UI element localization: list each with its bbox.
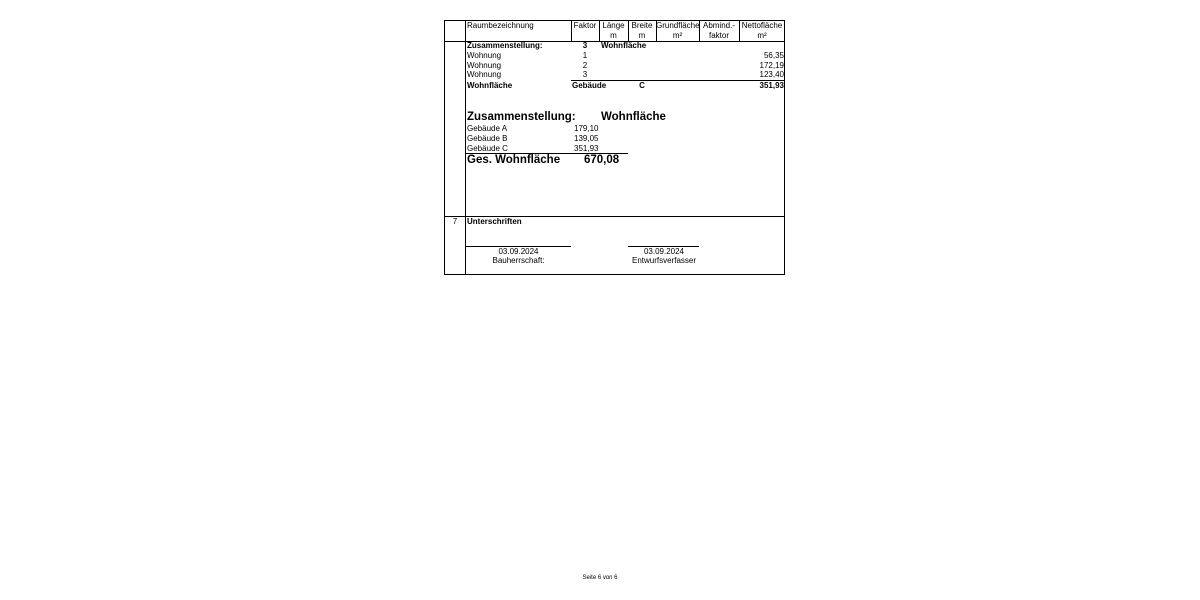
header-abmind-faktor: Abmind.-faktor [699, 21, 739, 40]
list-item-faktor: 1 [571, 51, 599, 61]
header-faktor: Faktor [571, 21, 599, 31]
subtotal-building-label: Gebäude [572, 81, 606, 91]
list-item-faktor: 3 [571, 70, 599, 80]
summary-count: 3 [571, 41, 599, 51]
overall-title: Zusammenstellung: [467, 111, 576, 123]
building-label: Gebäude B [467, 134, 507, 144]
building-value: 179,10 [574, 124, 598, 134]
subtotal-building: C [628, 81, 656, 91]
overall-total-value: 670,08 [584, 154, 619, 166]
header-laenge: Längem [599, 21, 628, 40]
column-divider [465, 21, 466, 275]
subtotal-value: 351,93 [739, 81, 784, 91]
header-breite: Breitem [628, 21, 656, 40]
list-item-label: Wohnung [467, 51, 501, 61]
summary-category: Wohnfläche [601, 41, 646, 51]
section-number: 7 [445, 217, 465, 227]
page-number: Seite 6 von 6 [0, 575, 1200, 581]
signature-role-left: Bauherrschaft: [466, 256, 571, 266]
list-item-label: Wohnung [467, 70, 501, 80]
building-value: 139,05 [574, 134, 598, 144]
signature-role-right: Entwurfsverfasser [621, 256, 707, 266]
subtotal-label: Wohnfläche [467, 81, 512, 91]
document-table: Raumbezeichnung Faktor Längem Breitem Gr… [444, 20, 785, 275]
overall-total-label: Ges. Wohnfläche [467, 154, 560, 166]
overall-category: Wohnfläche [601, 111, 666, 123]
building-label: Gebäude A [467, 124, 507, 134]
list-item-netto: 56,35 [739, 51, 784, 61]
list-item-netto: 123,40 [739, 70, 784, 80]
header-raumbezeichnung: Raumbezeichnung [467, 21, 534, 31]
header-grundflaeche: Grundflächem² [656, 21, 699, 40]
section-title: Unterschriften [467, 217, 522, 227]
header-nettoflaeche: Nettoflächem² [739, 21, 785, 40]
summary-title: Zusammenstellung: [467, 41, 543, 51]
